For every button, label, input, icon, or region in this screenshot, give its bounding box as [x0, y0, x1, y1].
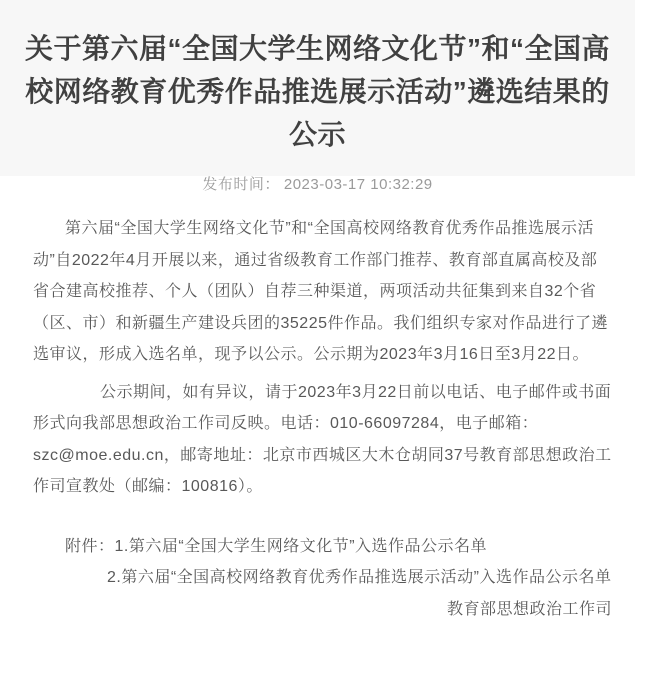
- article-header: 关于第六届“全国大学生网络文化节”和“全国高校网络教育优秀作品推选展示活动”遴选…: [0, 0, 635, 176]
- publish-time-value: 2023-03-17 10:32:29: [284, 176, 433, 193]
- attachments-section: 附件：1.第六届“全国大学生网络文化节”入选作品公示名单 2.第六届“全国高校网…: [33, 531, 612, 594]
- attachment-item-1[interactable]: 1.第六届“全国大学生网络文化节”入选作品公示名单: [115, 538, 488, 555]
- paragraph-overview: 第六届“全国大学生网络文化节”和“全国高校网络教育优秀作品推选展示活动”自202…: [33, 213, 612, 371]
- publish-time-label: 发布时间：: [202, 176, 280, 193]
- paragraph-contact: 公示期间，如有异议，请于2023年3月22日前以电话、电子邮件或书面形式向我部思…: [33, 377, 612, 503]
- announcement-page: 关于第六届“全国大学生网络文化节”和“全国高校网络教育优秀作品推选展示活动”遴选…: [0, 0, 645, 676]
- attachment-line-2: 2.第六届“全国高校网络教育优秀作品推选展示活动”入选作品公示名单: [33, 562, 612, 594]
- signature-department: 教育部思想政治工作司: [33, 594, 612, 626]
- article-body: 第六届“全国大学生网络文化节”和“全国高校网络教育优秀作品推选展示活动”自202…: [0, 176, 645, 625]
- attachments-label: 附件：: [65, 538, 115, 555]
- attachment-line-1: 附件：1.第六届“全国大学生网络文化节”入选作品公示名单: [33, 531, 612, 563]
- page-title: 关于第六届“全国大学生网络文化节”和“全国高校网络教育优秀作品推选展示活动”遴选…: [20, 27, 615, 156]
- attachment-item-2[interactable]: 2.第六届“全国高校网络教育优秀作品推选展示活动”入选作品公示名单: [107, 569, 612, 586]
